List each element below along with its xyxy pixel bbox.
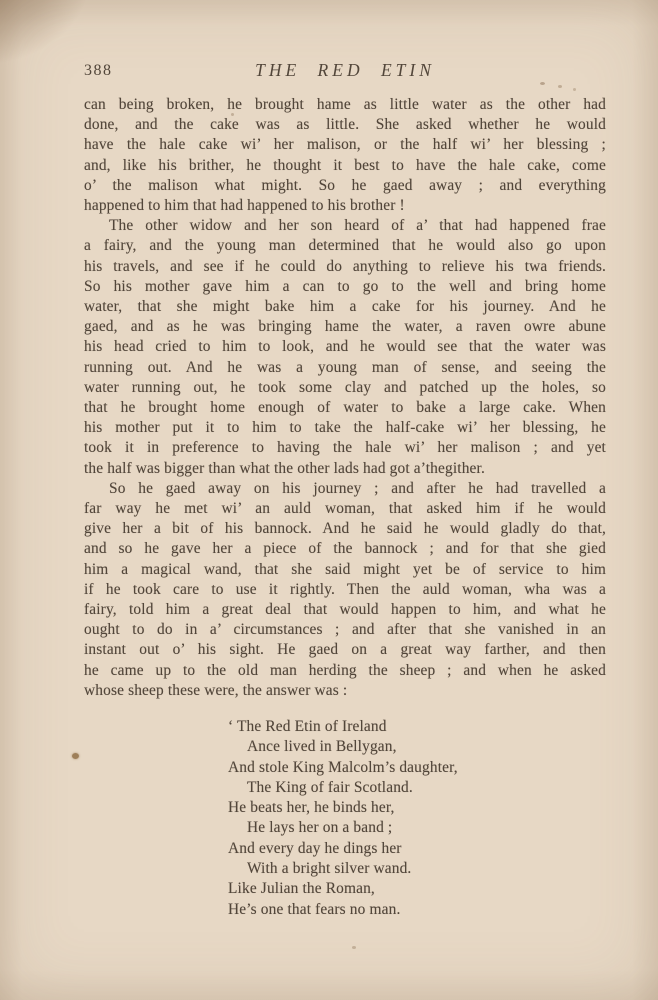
verse-line: With a bright silver wand. [228,859,458,879]
text-line: happened to him that had happened to his… [84,196,606,216]
paragraph: So he gaed away on his journey ; and aft… [84,479,606,701]
text-line: can being broken, he brought hame as lit… [84,95,606,115]
text-line: ought to do in a’ circumstances ; and af… [84,620,606,640]
verse-line: He lays her on a band ; [228,818,458,838]
text-line: o’ the malison what might. So he gaed aw… [84,176,606,196]
paragraph: The other widow and her son heard of a’ … [84,216,606,479]
text-line: he came up to the old man herding the sh… [84,661,606,681]
running-title: THE RED ETIN [84,60,606,81]
text-line: running out. And he was a young man of s… [84,358,606,378]
paper-speck [573,88,576,91]
text-line: fairy, told him a great deal that would … [84,600,606,620]
paper-speck [352,946,356,949]
verse-line: The King of fair Scotland. [228,778,458,798]
page-header: 388 THE RED ETIN [84,60,606,84]
text-line: that he brought home enough of water to … [84,398,606,418]
verse: ‘ The Red Etin of IrelandAnce lived in B… [228,717,458,920]
verse-line: ‘ The Red Etin of Ireland [228,717,458,737]
text-line: and, like his brither, he thought it bes… [84,156,606,176]
verse-line: He beats her, he binds her, [228,798,458,818]
verse-line: Like Julian the Roman, [228,879,458,899]
text-line: took it in preference to having the hale… [84,438,606,458]
text-line: whose sheep these were, the answer was : [84,681,606,701]
text-line: his mother put it to him to take the hal… [84,418,606,438]
text-line: done, and the cake was as little. She as… [84,115,606,135]
verse-line: Ance lived in Bellygan, [228,737,458,757]
text-line: instant out o’ his sight. He gaed on a g… [84,640,606,660]
text-line: his travels, and see if he could do anyt… [84,257,606,277]
text-line: have the hale cake wi’ her malison, or t… [84,135,606,155]
text-line: The other widow and her son heard of a’ … [84,216,606,236]
verse-line: He’s one that fears no man. [228,900,458,920]
text-line: and so he gave her a piece of the bannoc… [84,539,606,559]
text-line: water, that she might bake him a cake fo… [84,297,606,317]
paragraph: can being broken, he brought hame as lit… [84,95,606,216]
text-line: gaed, and as he was bringing hame the wa… [84,317,606,337]
paper-speck [558,85,562,88]
verse-line: And stole King Malcolm’s daughter, [228,758,458,778]
text-line: give her a bit of his bannock. And he sa… [84,519,606,539]
text-line: him a magical wand, that she said might … [84,560,606,580]
text-line: the half was bigger than what the other … [84,459,606,479]
text-line: a fairy, and the young man determined th… [84,236,606,256]
paper-speck [72,753,79,759]
text-line: far way he met wi’ an auld woman, that a… [84,499,606,519]
text-line: So his mother gave him a can to go to th… [84,277,606,297]
text-line: if he took care to use it rightly. Then … [84,580,606,600]
text-line: his head cried to him to look, and he wo… [84,337,606,357]
text-line: water running out, he took some clay and… [84,378,606,398]
verse-line: And every day he dings her [228,839,458,859]
body-paragraphs: can being broken, he brought hame as lit… [84,95,606,701]
book-page: 388 THE RED ETIN can being broken, he br… [0,0,658,1000]
text-line: So he gaed away on his journey ; and aft… [84,479,606,499]
